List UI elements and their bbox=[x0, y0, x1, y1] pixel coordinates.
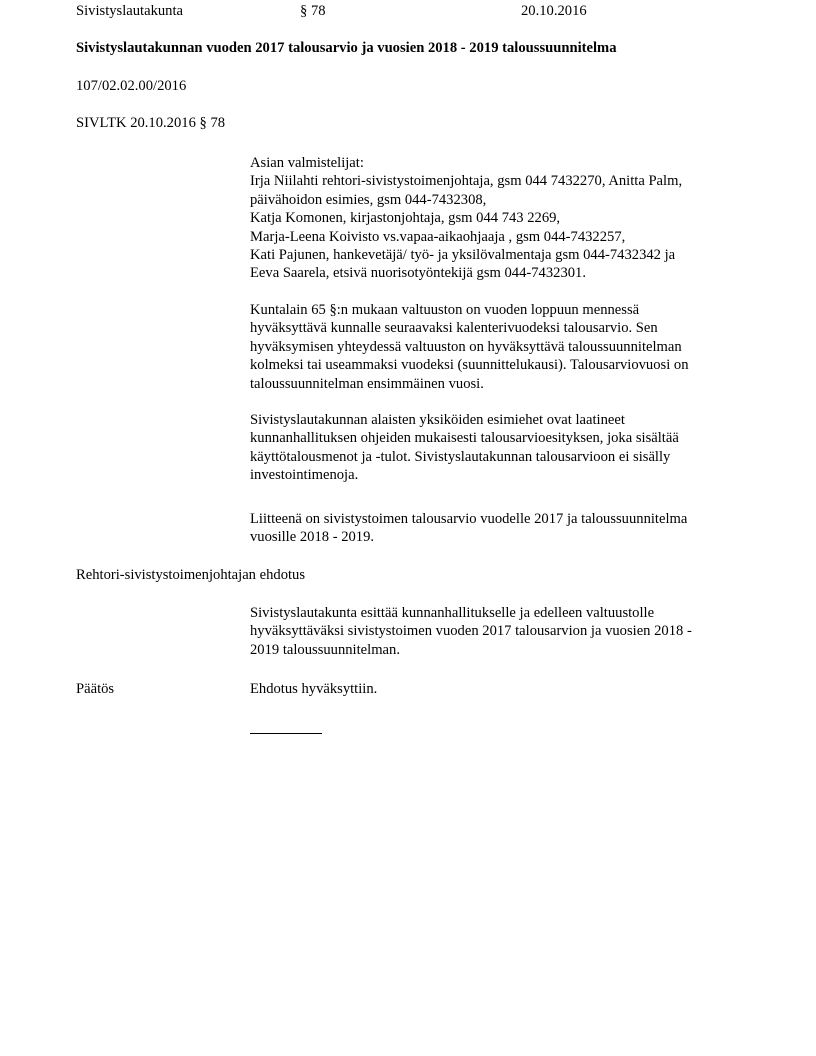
meeting-date: 20.10.2016 bbox=[521, 2, 587, 20]
meeting-reference: SIVLTK 20.10.2016 § 78 bbox=[76, 114, 225, 132]
paragraph-municipal-act: Kuntalain 65 §:n mukaan valtuuston on vu… bbox=[250, 301, 750, 393]
preparer-line: Irja Niilahti rehtori-sivistystoimenjoht… bbox=[250, 172, 750, 190]
reference-number: 107/02.02.00/2016 bbox=[76, 77, 186, 95]
paragraph-line: hyväksymisen yhteydessä valtuuston on hy… bbox=[250, 338, 750, 356]
preparers-heading: Asian valmistelijat: bbox=[250, 154, 750, 172]
preparer-line: Eeva Saarela, etsivä nuorisotyöntekijä g… bbox=[250, 264, 750, 282]
preparer-line: Kati Pajunen, hankevetäjä/ työ- ja yksil… bbox=[250, 246, 750, 264]
paragraph-line: Sivistyslautakunnan alaisten yksiköiden … bbox=[250, 411, 750, 429]
paragraph-attachment: Liitteenä on sivistystoimen talousarvio … bbox=[250, 510, 750, 547]
section-number: § 78 bbox=[300, 2, 326, 20]
document-title: Sivistyslautakunnan vuoden 2017 talousar… bbox=[76, 39, 617, 57]
preparers-block: Asian valmistelijat: Irja Niilahti rehto… bbox=[250, 154, 750, 283]
paragraph-line: investointimenoja. bbox=[250, 466, 750, 484]
paragraph-budget-proposal: Sivistyslautakunnan alaisten yksiköiden … bbox=[250, 411, 750, 485]
decision-text: Ehdotus hyväksyttiin. bbox=[250, 680, 377, 698]
paragraph-line: vuosille 2018 - 2019. bbox=[250, 528, 750, 546]
committee-name: Sivistyslautakunta bbox=[76, 2, 183, 20]
proposal-line: Sivistyslautakunta esittää kunnanhallitu… bbox=[250, 604, 750, 622]
end-separator bbox=[250, 733, 322, 734]
proposal-label: Rehtori-sivistystoimenjohtajan ehdotus bbox=[76, 566, 305, 584]
preparer-line: Katja Komonen, kirjastonjohtaja, gsm 044… bbox=[250, 209, 750, 227]
paragraph-line: Liitteenä on sivistystoimen talousarvio … bbox=[250, 510, 750, 528]
proposal-line: hyväksyttäväksi sivistystoimen vuoden 20… bbox=[250, 622, 750, 640]
preparer-line: Marja-Leena Koivisto vs.vapaa-aikaohjaaj… bbox=[250, 228, 750, 246]
paragraph-line: kolmeksi tai useammaksi vuodeksi (suunni… bbox=[250, 356, 750, 374]
proposal-text: Sivistyslautakunta esittää kunnanhallitu… bbox=[250, 604, 750, 659]
preparer-line: päivähoidon esimies, gsm 044-7432308, bbox=[250, 191, 750, 209]
paragraph-line: Kuntalain 65 §:n mukaan valtuuston on vu… bbox=[250, 301, 750, 319]
paragraph-line: kunnanhallituksen ohjeiden mukaisesti ta… bbox=[250, 429, 750, 447]
decision-label: Päätös bbox=[76, 680, 114, 698]
paragraph-line: hyväksyttävä kunnalle seuraavaksi kalent… bbox=[250, 319, 750, 337]
paragraph-line: taloussuunnitelman ensimmäinen vuosi. bbox=[250, 375, 750, 393]
proposal-line: 2019 taloussuunnitelman. bbox=[250, 641, 750, 659]
paragraph-line: käyttötalousmenot ja -tulot. Sivistyslau… bbox=[250, 448, 750, 466]
